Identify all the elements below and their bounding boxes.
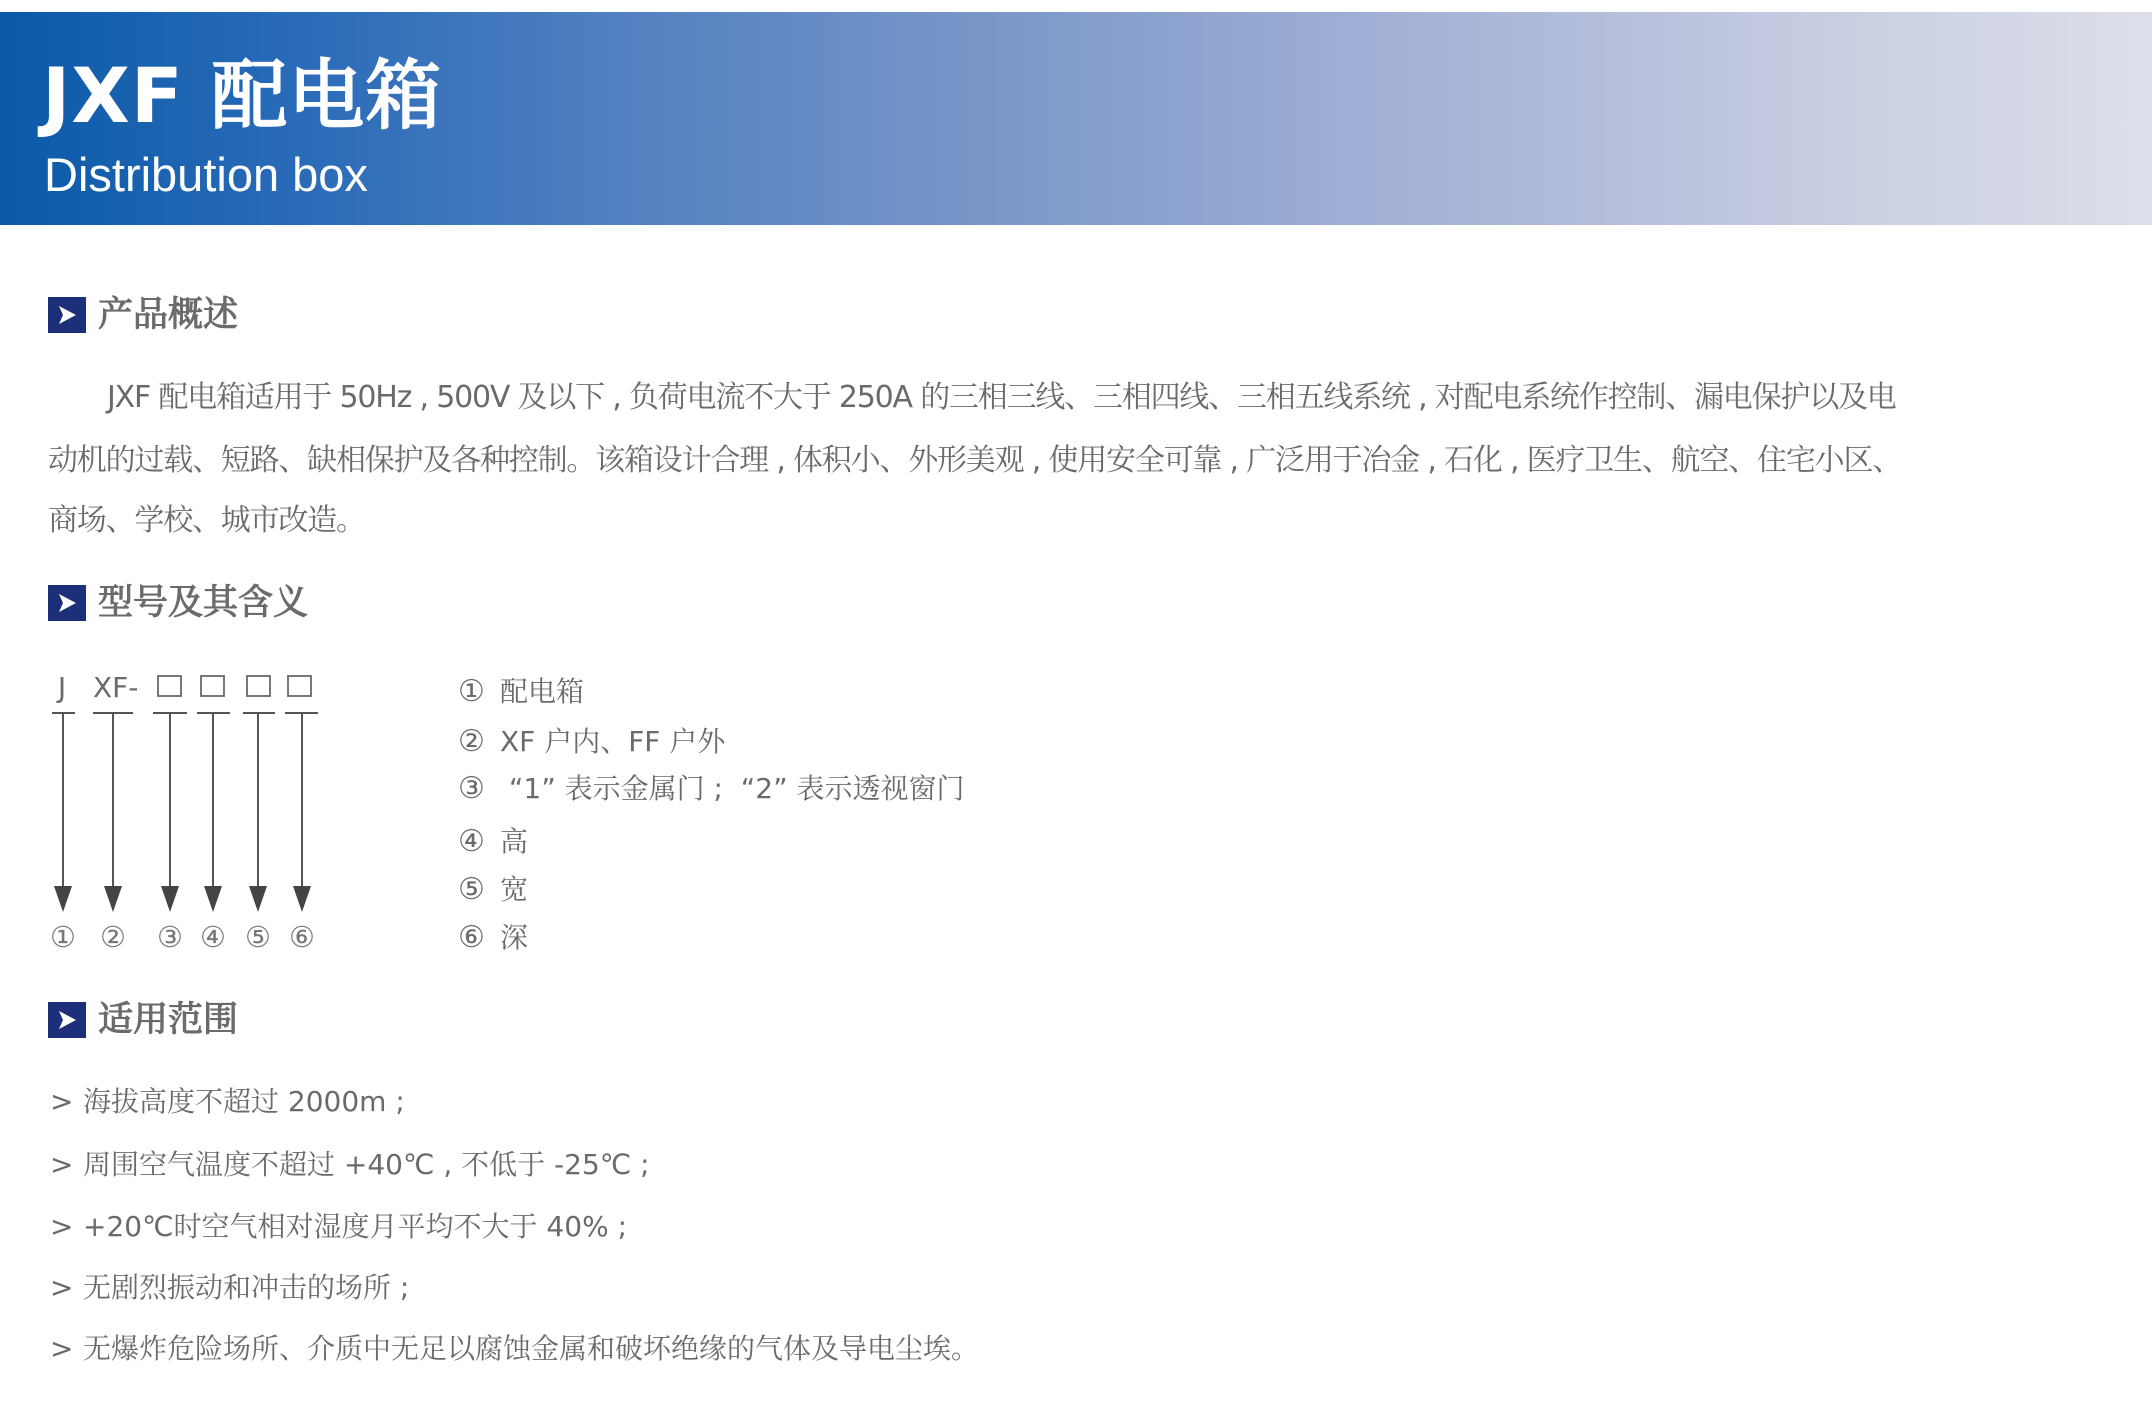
meaning-item: ③ “1” 表示金属门 ; “2” 表示透视窗门	[458, 772, 965, 806]
scope-item-text: 周围空气温度不超过 +40℃ , 不低于 -25℃ ;	[83, 1148, 650, 1182]
marker-2: ②	[98, 920, 128, 954]
marker-3: ③	[155, 920, 185, 954]
code-box-3	[158, 676, 181, 696]
code-box-5	[247, 676, 270, 696]
meaning-item: ⑤ 宽	[458, 873, 528, 907]
scope-item: > +20℃时空气相对湿度月平均不大于 40% ;	[50, 1210, 627, 1244]
play-triangle-icon	[48, 585, 86, 621]
meaning-number: ①	[458, 675, 488, 709]
meaning-item: ① 配电箱	[458, 675, 584, 709]
marker-4: ④	[198, 920, 228, 954]
meaning-text: 配电箱	[500, 675, 584, 709]
section-heading-overview: 产品概述	[48, 296, 238, 334]
meaning-item: ② XF 户内、FF 户外	[458, 725, 725, 759]
code-part-xf: XF-	[93, 671, 138, 704]
section-heading-scope: 适用范围	[48, 1001, 238, 1039]
banner-title: JXF 配电箱	[42, 58, 442, 134]
marker-6: ⑥	[287, 920, 317, 954]
scope-item: > 无剧烈振动和冲击的场所 ;	[50, 1271, 409, 1305]
meaning-text: 高	[500, 825, 528, 859]
chevron-right-icon: >	[50, 1332, 83, 1366]
meaning-text: 深	[500, 921, 528, 955]
marker-1: ①	[48, 920, 78, 954]
overview-paragraph-line: JXF 配电箱适用于 50Hz , 500V 及以下 , 负荷电流不大于 250…	[107, 380, 1896, 416]
model-code-diagram: J XF-	[40, 660, 340, 960]
scope-item: > 周围空气温度不超过 +40℃ , 不低于 -25℃ ;	[50, 1148, 650, 1182]
code-part-j: J	[56, 671, 66, 704]
scope-item-text: 海拔高度不超过 2000m ;	[83, 1085, 405, 1119]
meaning-number: ⑥	[458, 921, 488, 955]
chevron-right-icon: >	[50, 1210, 83, 1244]
section-title: 型号及其含义	[98, 586, 308, 621]
play-triangle-icon	[48, 297, 86, 333]
meaning-number: ④	[458, 825, 488, 859]
meaning-text: 宽	[500, 873, 528, 907]
banner-subtitle: Distribution box	[44, 151, 368, 198]
header-banner: JXF 配电箱 Distribution box	[0, 12, 2152, 225]
chevron-right-icon: >	[50, 1085, 83, 1119]
code-box-6	[288, 676, 311, 696]
scope-item-text: 无剧烈振动和冲击的场所 ;	[83, 1271, 409, 1305]
overview-paragraph-line: 动机的过载、短路、缺相保护及各种控制。该箱设计合理 , 体积小、外形美观 , 使…	[48, 443, 1901, 479]
overview-paragraph-line: 商场、学校、城市改造。	[48, 503, 365, 539]
scope-item: > 无爆炸危险场所、介质中无足以腐蚀金属和破坏绝缘的气体及导电尘埃。	[50, 1332, 979, 1366]
meaning-number: ②	[458, 725, 488, 759]
scope-item-text: 无爆炸危险场所、介质中无足以腐蚀金属和破坏绝缘的气体及导电尘埃。	[83, 1332, 979, 1366]
play-triangle-icon	[48, 1002, 86, 1038]
meaning-item: ④ 高	[458, 825, 528, 859]
meaning-item: ⑥ 深	[458, 921, 528, 955]
meaning-text: XF 户内、FF 户外	[500, 725, 725, 759]
chevron-right-icon: >	[50, 1271, 83, 1305]
meaning-number: ③	[458, 772, 488, 806]
section-title: 适用范围	[98, 1003, 238, 1038]
meaning-number: ⑤	[458, 873, 488, 907]
scope-item-text: +20℃时空气相对湿度月平均不大于 40% ;	[83, 1210, 627, 1244]
marker-5: ⑤	[243, 920, 273, 954]
scope-item: > 海拔高度不超过 2000m ;	[50, 1085, 405, 1119]
chevron-right-icon: >	[50, 1148, 83, 1182]
meaning-text: “1” 表示金属门 ; “2” 表示透视窗门	[500, 772, 965, 806]
section-title: 产品概述	[98, 298, 238, 333]
section-heading-model: 型号及其含义	[48, 584, 308, 622]
code-box-4	[201, 676, 224, 696]
